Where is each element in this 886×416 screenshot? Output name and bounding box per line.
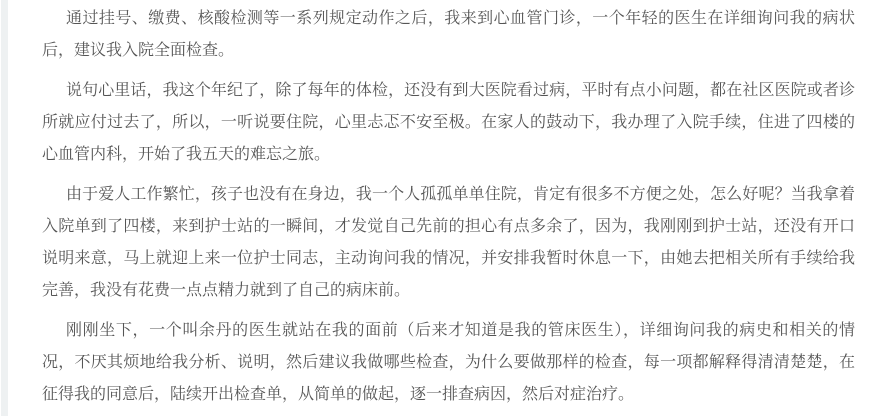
document-page: 通过挂号、缴费、核酸检测等一系列规定动作之后，我来到心血管门诊，一个年轻的医生在… <box>0 0 886 416</box>
left-edge-strip <box>1 0 8 416</box>
article-paragraph: 刚刚坐下，一个叫余丹的医生就站在我的面前（后来才知道是我的管床医生），详细询问我… <box>42 315 855 411</box>
article-paragraph: 由于爱人工作繁忙，孩子也没有在身边，我一个人孤孤单单住院，肯定有很多不方便之处，… <box>42 179 855 307</box>
article-body: 通过挂号、缴费、核酸检测等一系列规定动作之后，我来到心血管门诊，一个年轻的医生在… <box>42 3 855 416</box>
article-paragraph: 通过挂号、缴费、核酸检测等一系列规定动作之后，我来到心血管门诊，一个年轻的医生在… <box>42 3 855 67</box>
article-paragraph: 说句心里话，我这个年纪了，除了每年的体检，还没有到大医院看过病，平时有点小问题，… <box>42 75 855 171</box>
